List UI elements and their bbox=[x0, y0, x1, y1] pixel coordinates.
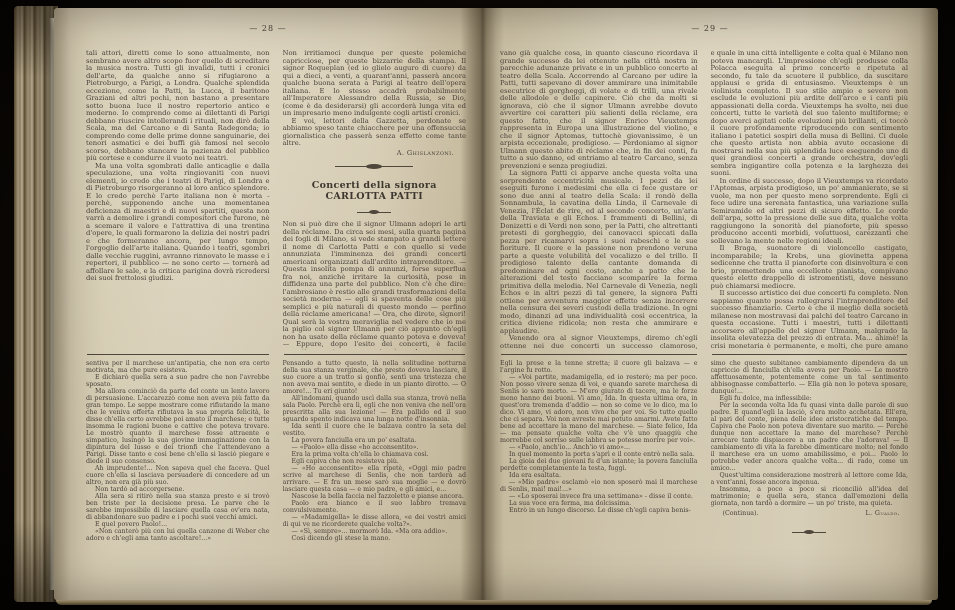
feuilleton-footer: (Continua). L. Gualdo. bbox=[711, 507, 909, 517]
paragraph: Alla sera si ritirò nella sua stanza pre… bbox=[86, 493, 270, 521]
end-ornament bbox=[711, 526, 909, 539]
paragraph: Non tardò ad accorgersene. bbox=[86, 486, 270, 493]
feuilleton-separator-rule bbox=[712, 354, 908, 355]
page-number-left: — 28 — bbox=[54, 8, 482, 38]
paragraph: — «Voi partite, madamigella, ed io reste… bbox=[500, 374, 698, 444]
paragraph: Era la prima volta ch'ella lo chiamava c… bbox=[283, 451, 467, 458]
page-number-right: — 29 — bbox=[482, 8, 938, 38]
paragraph: E voi, lettori della Gazzetta, perdonate… bbox=[283, 118, 467, 148]
right-page-column-2: e quale in una città intelligente e colt… bbox=[711, 50, 909, 584]
paragraph: Egli capiva che non resisteva più. bbox=[283, 458, 467, 465]
paragraph: Ma una volta sgombrati dalle anticaglie … bbox=[86, 163, 270, 283]
paragraph: simo che questo subitaneo cambiamento di… bbox=[711, 360, 909, 395]
paragraph: — «Ho acconsentito» ella ripetè, «Oggi m… bbox=[283, 465, 467, 493]
paragraph: E dichiarò quella sera a suo padre che n… bbox=[86, 374, 270, 388]
paragraph: Non irritiamoci dunque per queste polemi… bbox=[283, 50, 467, 118]
paragraph: Nascose la bella faccia nel fazzoletto e… bbox=[283, 493, 467, 500]
feuilleton-separator-rule bbox=[87, 354, 269, 355]
paragraph: La signora Patti ci apparve anche questa… bbox=[500, 170, 698, 335]
paragraph: Ida era esaltata. bbox=[500, 472, 698, 479]
feuilleton-text: simo che questo subitaneo cambiamento di… bbox=[711, 360, 909, 507]
paragraph: Ma allora cominciò da parte del conte un… bbox=[86, 388, 270, 465]
paragraph: La povera fanciulla era un po' esaltata. bbox=[283, 437, 467, 444]
continua-note: (Continua). bbox=[723, 510, 759, 517]
left-page: — 28 — tali attori, diretti come lo sono… bbox=[54, 8, 482, 600]
paragraph: vano già qualche cosa, in quanto ciascun… bbox=[500, 50, 698, 170]
right-page: — 29 — vano già qualche cosa, in quanto … bbox=[482, 8, 938, 600]
left-page-column-2: Non irritiamoci dunque per queste polemi… bbox=[283, 50, 467, 584]
author-signature: A. Ghislanzoni. bbox=[283, 148, 467, 159]
book-spread: — 28 — tali attori, diretti come lo sono… bbox=[54, 8, 938, 600]
article-text: Non irritiamoci dunque per queste polemi… bbox=[283, 50, 467, 148]
paragraph: Non si può dire che il signor Ulmann ado… bbox=[283, 221, 467, 350]
feuilleton-section: Pensando a tutto questo, là nella solitu… bbox=[283, 360, 467, 584]
paragraph: La sua voce era ferma, ma dolcissima. bbox=[500, 500, 698, 507]
paragraph: In ordine di successo, dopo il Vieuxtemp… bbox=[711, 178, 909, 246]
article-column: Non irritiamoci dunque per queste polemi… bbox=[283, 50, 467, 350]
ornament-line bbox=[792, 532, 826, 533]
article-heading: Concerti della signora CARLOTTA PATTI bbox=[283, 180, 467, 202]
paragraph: tali attori, diretti come lo sono attual… bbox=[86, 50, 270, 163]
paragraph: Ah imprudente!... Non sapeva quel che fa… bbox=[86, 465, 270, 486]
book-page-edges bbox=[14, 6, 58, 602]
paragraph: — «Lo sposerai invece fra una settimana»… bbox=[500, 493, 698, 500]
paragraph: Venendo ora al signor Vieuxtemps, diremo… bbox=[500, 335, 698, 350]
paragraph: e quale in una città intelligente e colt… bbox=[711, 50, 909, 178]
feuilleton-separator-rule bbox=[284, 354, 466, 355]
feuilleton-section: sentiva per il marchese un'antipatia, ch… bbox=[86, 360, 270, 584]
article-column: vano già qualche cosa, in quanto ciascun… bbox=[500, 50, 698, 350]
article-column: tali attori, diretti come lo sono attual… bbox=[86, 50, 270, 350]
feuilleton-author: L. Gualdo. bbox=[866, 510, 901, 517]
paragraph: In quel momento la porta s'aprì e il con… bbox=[500, 451, 698, 458]
feuilleton-section: Egli la prese e la tenne stretta; il cuo… bbox=[500, 360, 698, 584]
ornament-line bbox=[335, 166, 413, 167]
right-page-column-1: vano già qualche cosa, in quanto ciascun… bbox=[500, 50, 698, 584]
paragraph: Insomma, a poco a poco si riconciliò all… bbox=[711, 486, 909, 507]
left-page-columns: tali attori, diretti come lo sono attual… bbox=[86, 50, 466, 584]
paragraph: Paolo era bianco e il suo labbro tremava… bbox=[283, 500, 467, 514]
paragraph: E quel povero Paolo!... bbox=[86, 521, 270, 528]
paragraph: La gioia dei due giovani fu d'un istante… bbox=[500, 458, 698, 472]
paragraph: Per la seconda volta Ida fu quasi vinta … bbox=[711, 402, 909, 472]
paragraph: — «Madamigella» le disse allora, «e dei … bbox=[283, 514, 467, 528]
paragraph: Così dicendo gli stese la mano. bbox=[283, 535, 467, 542]
feuilleton-section: simo che questo subitaneo cambiamento di… bbox=[711, 360, 909, 584]
paragraph: — «Paolo, anch'io... Anch'io vi amo»... bbox=[500, 444, 698, 451]
article-text: Non si può dire che il signor Ulmann ado… bbox=[283, 221, 467, 350]
heading-ornament bbox=[283, 206, 467, 219]
right-page-columns: vano già qualche cosa, in quanto ciascun… bbox=[500, 50, 908, 584]
paragraph: «Non canterò più con lui quella canzone … bbox=[86, 528, 270, 542]
article-column: e quale in una città intelligente e colt… bbox=[711, 50, 909, 350]
divider-ornament bbox=[283, 160, 467, 173]
paragraph: — «Paolo» ella disse «ho acconsentito». bbox=[283, 444, 467, 451]
paragraph: Quest'ultima considerazione mostrerà al … bbox=[711, 472, 909, 486]
paragraph: Egli la prese e la tenne stretta; il cuo… bbox=[500, 360, 698, 374]
ornament-line bbox=[357, 212, 391, 213]
paragraph: Il Braga, suonatore di violoncello casti… bbox=[711, 245, 909, 290]
paragraph: Ida sentì il cuore che le balzava contro… bbox=[283, 423, 467, 437]
paragraph: Entrò in un lungo discorso. Le disse ch'… bbox=[500, 507, 698, 514]
paragraph: sentiva per il marchese un'antipatia, ch… bbox=[86, 360, 270, 374]
paragraph: — «Mio padre» esclamò «io non sposerò ma… bbox=[500, 479, 698, 493]
paragraph: Il successo artistico dei due concerti f… bbox=[711, 290, 909, 350]
left-page-column-1: tali attori, diretti come lo sono attual… bbox=[86, 50, 270, 584]
paragraph: — «Sì, sempre»... mormorò Ida. «Ma ora a… bbox=[283, 528, 467, 535]
paragraph: Pensando a tutto questo, là nella solitu… bbox=[283, 360, 467, 395]
feuilleton-separator-rule bbox=[501, 354, 697, 355]
article-text: e quale in una città intelligente e colt… bbox=[711, 50, 909, 350]
paragraph: Egli fu dolce, ma inflessibile: bbox=[711, 395, 909, 402]
paragraph: All'indomani, quando uscì dalla sua stan… bbox=[283, 395, 467, 423]
